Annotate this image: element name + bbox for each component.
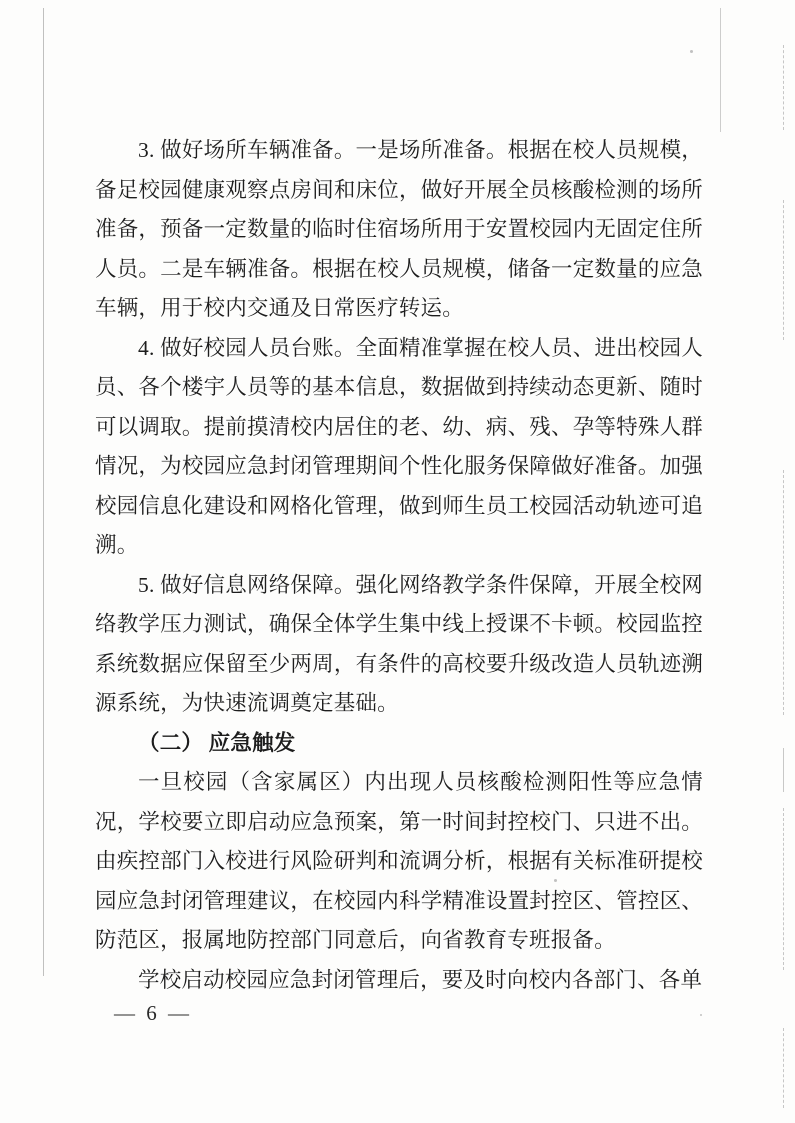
scan-artifact-right-dashes bbox=[783, 1028, 784, 1108]
scan-artifact-top-right-line bbox=[720, 8, 721, 132]
page-number: — 6 — bbox=[114, 1001, 192, 1026]
scan-artifact-right-dashes bbox=[783, 200, 784, 340]
body-paragraph: 学校启动校园应急封闭管理后，要及时向校内各部门、各单 bbox=[95, 961, 703, 1001]
document-page: 3. 做好场所车辆准备。一是场所准备。根据在校人员规模，备足校园健康观察点房间和… bbox=[0, 0, 795, 1123]
body-paragraph: 3. 做好场所车辆准备。一是场所准备。根据在校人员规模，备足校园健康观察点房间和… bbox=[95, 131, 703, 329]
section-heading: （二） 应急触发 bbox=[95, 724, 703, 764]
scan-artifact-right-dashes bbox=[783, 45, 784, 130]
scan-artifact-right-dashes bbox=[783, 808, 784, 970]
scan-speck bbox=[690, 50, 693, 53]
body-paragraph: 5. 做好信息网络保障。强化网络教学条件保障，开展全校网络教学压力测试，确保全体… bbox=[95, 566, 703, 724]
scan-artifact-right-dashes bbox=[783, 748, 784, 792]
document-body: 3. 做好场所车辆准备。一是场所准备。根据在校人员规模，备足校园健康观察点房间和… bbox=[95, 131, 703, 1000]
scan-artifact-left-line bbox=[43, 8, 44, 976]
body-paragraph: 一旦校园（含家属区）内出现人员核酸检测阳性等应急情况，学校要立即启动应急预案，第… bbox=[95, 763, 703, 961]
scan-artifact-right-dashes bbox=[783, 470, 784, 715]
scan-speck bbox=[700, 1014, 702, 1016]
body-paragraph: 4. 做好校园人员台账。全面精准掌握在校人员、进出校园人员、各个楼宇人员等的基本… bbox=[95, 329, 703, 566]
